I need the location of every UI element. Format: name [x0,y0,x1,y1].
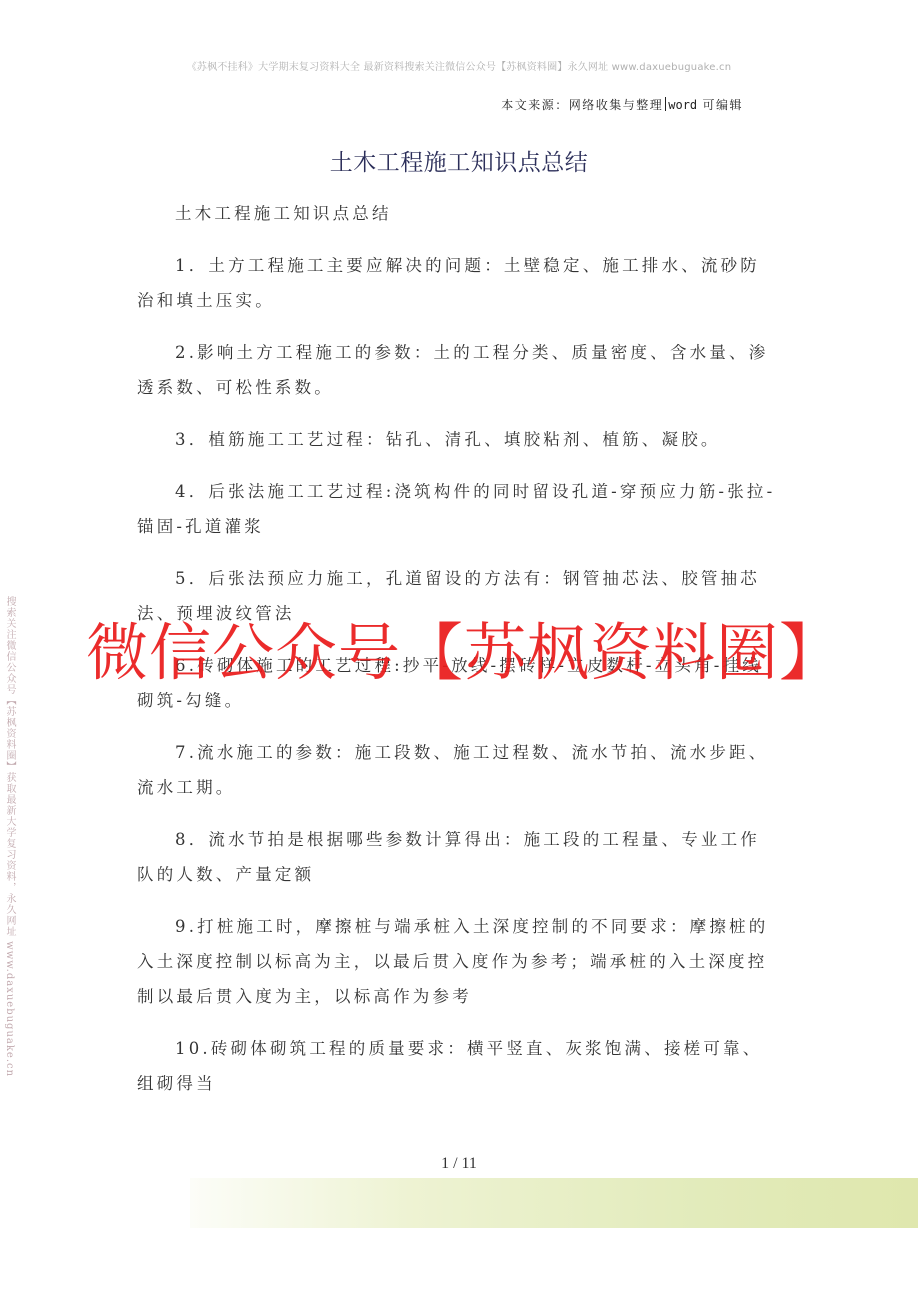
document-body: 土木工程施工知识点总结 1．土方工程施工主要应解决的问题：土壁稳定、施工排水、流… [137,196,777,1118]
page-indicator: 1 / 11 [0,1155,918,1173]
header-banner: 《苏枫不挂科》大学期末复习资料大全 最新资料搜索关注微信公众号【苏枫资料圈】永久… [0,58,918,73]
paragraph-intro: 土木工程施工知识点总结 [137,196,777,231]
source-word: word [668,98,697,112]
paragraph-8: 8．流水节拍是根据哪些参数计算得出：施工段的工程量、专业工作队的人数、产量定额 [137,822,777,892]
paragraph-1: 1．土方工程施工主要应解决的问题：土壁稳定、施工排水、流砂防治和填土压实。 [137,248,777,318]
source-line: 本文来源：网络收集与整理word 可编辑 [501,96,743,113]
paragraph-6: 6.砖砌体施工的工艺过程:抄平-放线-摆砖样-立皮数杆-立头角-挂线砌筑-勾缝。 [137,648,777,718]
paragraph-5: 5．后张法预应力施工，孔道留设的方法有：钢管抽芯法、胶管抽芯法、预埋波纹管法 [137,561,777,631]
separator-bar [665,97,666,111]
paragraph-9: 9.打桩施工时，摩擦桩与端承桩入土深度控制的不同要求：摩擦桩的入土深度控制以标高… [137,909,777,1014]
paragraph-3: 3．植筋施工工艺过程：钻孔、清孔、填胶粘剂、植筋、凝胶。 [137,422,777,457]
source-prefix: 本文来源：网络收集与整理 [501,98,663,112]
source-suffix: 可编辑 [702,98,743,112]
document-title: 土木工程施工知识点总结 [0,144,918,177]
paragraph-4: 4．后张法施工工艺过程:浇筑构件的同时留设孔道-穿预应力筋-张拉-锚固-孔道灌浆 [137,474,777,544]
paragraph-10: 10.砖砌体砌筑工程的质量要求：横平竖直、灰浆饱满、接槎可靠、组砌得当 [137,1031,777,1101]
paragraph-7: 7.流水施工的参数：施工段数、施工过程数、流水节拍、流水步距、流水工期。 [137,735,777,805]
side-watermark: 搜索关注微信公众号【苏枫资料圈】获取最新大学复习资料，永久网址 www.daxu… [2,596,17,1077]
paragraph-2: 2.影响土方工程施工的参数：土的工程分类、质量密度、含水量、渗透系数、可松性系数… [137,335,777,405]
footer-decorative-band [190,1178,918,1228]
